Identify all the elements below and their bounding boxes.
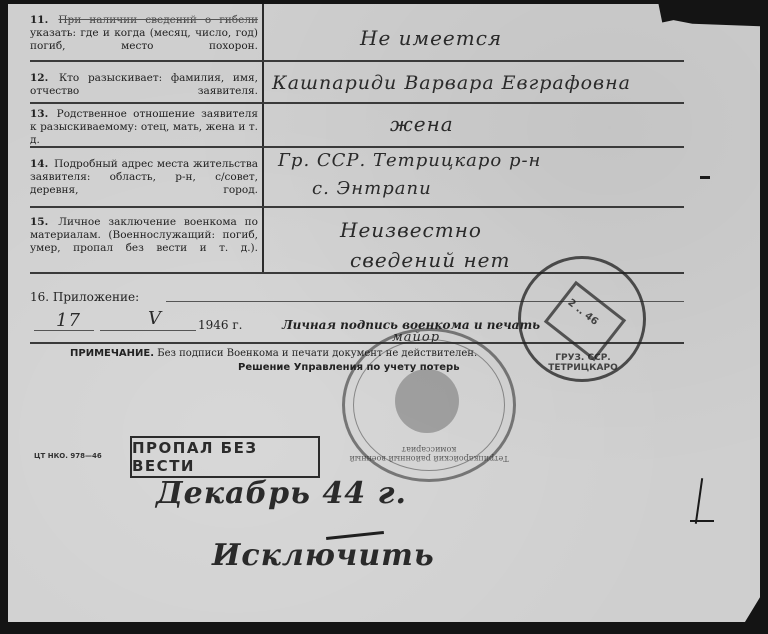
date-day: 17 [56, 310, 81, 331]
paper-crack [690, 520, 714, 522]
field-12-answer: Кашпариди Варвара Евграфовна [272, 72, 631, 94]
paper-tear-mark [700, 176, 710, 179]
handwritten-resolution: Исключить [212, 538, 435, 573]
field-number: 12. [30, 72, 48, 84]
field-13-label: 13. Родственное отношение заявителя к ра… [30, 108, 258, 147]
column-divider [262, 4, 264, 272]
missing-in-action-stamp: ПРОПАЛ БЕЗ ВЕСТИ [130, 436, 320, 478]
military-commissariat-seal: Тетрицкаройский районный военный комисса… [342, 328, 516, 482]
field-12-text: Кто разыскивает: фамилия, имя, отчество … [30, 72, 258, 97]
state-emblem-icon [395, 369, 459, 433]
field-number: 15. [30, 216, 48, 228]
date-year-suffix: г. [232, 318, 242, 332]
date-month: V [148, 308, 162, 329]
row-divider [30, 206, 684, 208]
field-14-text: Подробный адрес места жительства заявите… [30, 158, 258, 196]
field-number: 14. [30, 158, 48, 170]
seal-text: Тетрицкаройский районный военный комисса… [345, 445, 513, 463]
postmark-stamp: ГРУЗ. ССР. ТЕТРИЦКАРО 2 .. 46 [518, 256, 646, 382]
row-divider [30, 102, 684, 104]
field-15-text: Личное заключение военкома по материалам… [30, 216, 258, 254]
field-14-answer-line-2: с. Энтрапи [312, 178, 432, 199]
field-13-text: Родственное отношение заявителя к разыск… [30, 108, 258, 146]
handwritten-date: Декабрь 44 г. [156, 476, 407, 511]
field-11-text: указать: где и когда (месяц, число, год)… [30, 27, 258, 52]
date-year: 1946 г. [198, 318, 242, 332]
date-day-line [34, 330, 94, 331]
date-month-line [100, 330, 196, 331]
field-11-answer: Не имеется [360, 26, 502, 50]
field-14-answer-line-1: Гр. ССР. Тетрицкаро р-н [278, 150, 541, 171]
form-code: ЦТ НКО. 978—46 [34, 452, 102, 460]
field-13-answer: жена [390, 112, 454, 136]
field-11-label: 11. При наличии сведений о гибели указат… [30, 14, 258, 53]
field-15-answer-line-1: Неизвестно [340, 218, 482, 242]
field-15-label: 15. Личное заключение военкома по матери… [30, 216, 258, 255]
note-label: ПРИМЕЧАНИЕ. [70, 348, 154, 359]
attachment-label: 16. Приложение: [30, 290, 139, 304]
row-divider [30, 60, 684, 62]
field-number: 11. [30, 14, 48, 26]
field-15-answer-line-2: сведений нет [350, 248, 510, 272]
postmark-text: ГРУЗ. ССР. ТЕТРИЦКАРО [535, 353, 631, 373]
field-11-struck-text: При наличии сведений о гибели [58, 14, 258, 26]
field-12-label: 12. Кто разыскивает: фамилия, имя, отчес… [30, 72, 258, 98]
date-year-value: 1946 [198, 318, 229, 332]
field-14-label: 14. Подробный адрес места жительства зая… [30, 158, 258, 197]
field-number: 13. [30, 108, 48, 120]
